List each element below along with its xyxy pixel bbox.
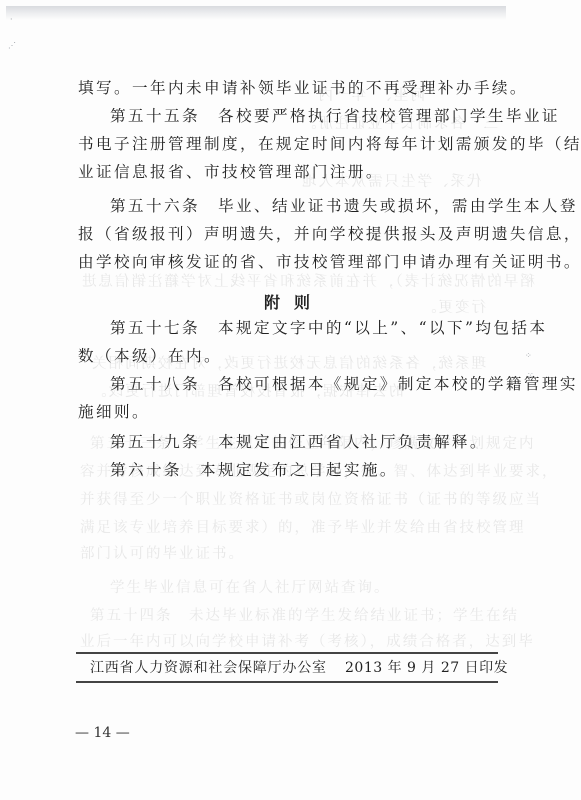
article-55-line-2: 书电子注册管理制度，在规定时间内将每年计划需颁发的毕（结） [78, 134, 581, 154]
scan-speck: ⋰ [8, 42, 16, 50]
article-60: 第六十条 本规定发布之日起实施。 [110, 460, 398, 480]
footer-bottom-rule [76, 681, 498, 683]
page-number: — 14 — [75, 725, 130, 741]
bleed-through-text: 行变更。 [420, 296, 486, 317]
document-page: 阿坐、 年一内 三 各求制长平业证注册。 代采、学生只需从本人地 稻早的情况统计… [0, 0, 581, 800]
bleed-through-text: 部门认可的毕业证书。 [80, 542, 245, 563]
bleed-through-text: 业后一年内可以向学校申请补考（考核），成绩合格者，达到毕 [80, 630, 535, 651]
article-57-line-1: 第五十七条 本规定文字中的“以上”、“以下”均包括本 [110, 318, 547, 338]
footer-top-rule [76, 652, 498, 654]
bleed-through-text: 稻早的情况统计表），并在前系统和省平线上对学籍注销信息进 [80, 270, 535, 291]
scan-speck: ⁘ [525, 352, 532, 360]
scan-speck: ⁙ [527, 372, 534, 380]
print-date: 2013 年 9 月 27 日印发 [345, 657, 508, 677]
article-55-line-3: 业证信息报省、市技校管理部门注册。 [78, 162, 384, 182]
bleed-through-text: 第五十四条 未达毕业标准的学生发给结业证书；学生在结 [90, 604, 519, 625]
article-58-line-2: 施细则。 [78, 402, 150, 422]
article-57-line-2: 数（本级）在内。 [78, 346, 222, 366]
paragraph-continuation: 填写。一年内未申请补领毕业证书的不再受理补办手续。 [78, 78, 528, 98]
scan-edge-shadow [6, 6, 506, 20]
article-58-line-1: 第五十八条 各校可根据本《规定》制定本校的学籍管理实 [110, 374, 578, 394]
bleed-through-text: 满足该专业培养目标要求）的，准予毕业并发给由省技校管理 [80, 516, 526, 537]
article-56-line-1: 第五十六条 毕业、结业证书遗失或损坏，需由学生本人登 [110, 196, 578, 216]
scan-speck: · [10, 16, 13, 24]
article-59: 第五十九条 本规定由江西省人社厅负责解释。 [110, 432, 488, 452]
article-56-line-3: 由学校向审核发证的省、市技校管理部门申请办理有关证明书。 [78, 252, 581, 272]
section-heading: 附则 [264, 290, 324, 313]
article-56-line-2: 报（省级报刊）声明遗失，并向学校提供报头及声明遗失信息， [78, 224, 581, 244]
bleed-through-text: 并获得至少一个职业资格证书或岗位资格证书（证书的等级应当 [80, 488, 542, 509]
issuer: 江西省人力资源和社会保障厅办公室 [90, 657, 327, 677]
article-55-line-1: 第五十五条 各校要严格执行省技校管理部门学生毕业证 [110, 106, 560, 126]
bleed-through-text: 学生毕业信息可在省人社厅网站查询。 [110, 576, 391, 597]
